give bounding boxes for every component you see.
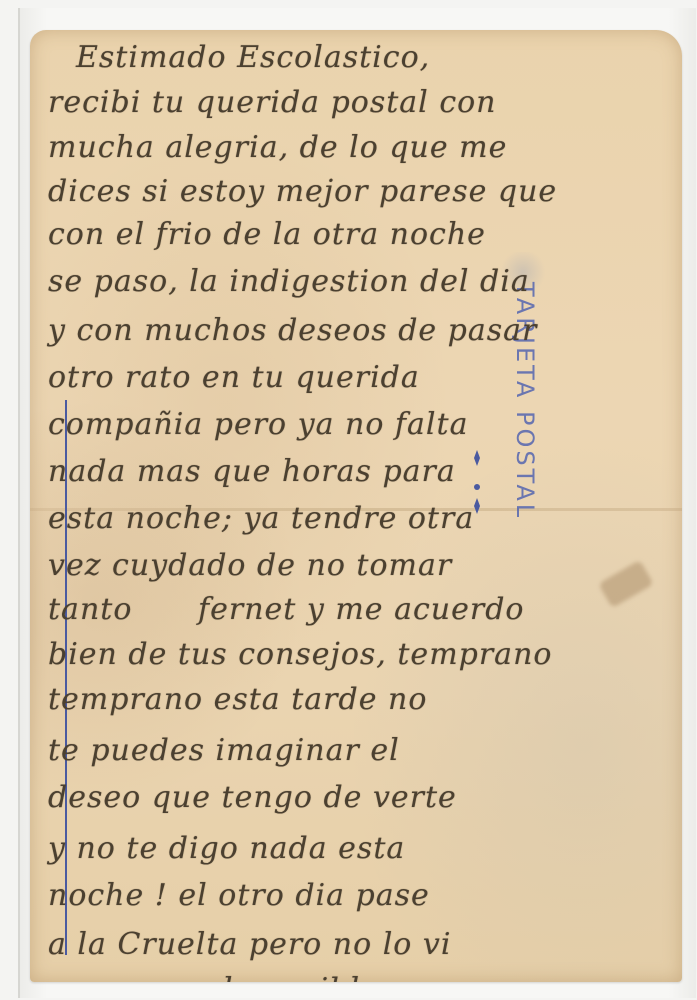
handwritten-line: con el frio de la otra noche xyxy=(48,217,486,252)
handwritten-line: bien de tus consejos, temprano xyxy=(48,637,552,672)
ink-stain xyxy=(598,560,654,608)
handwritten-line: nada mas que horas para xyxy=(48,454,456,489)
handwritten-line: voy a aser lo posible para xyxy=(48,972,463,982)
handwritten-line: fernet y me acuerdo xyxy=(198,592,524,627)
dot-ornament xyxy=(474,484,480,490)
handwritten-line: te puedes imaginar el xyxy=(48,733,400,768)
handwritten-line: compañia pero ya no falta xyxy=(48,407,468,442)
handwritten-line: esta noche; ya tendre otra xyxy=(48,501,474,536)
handwritten-line: Estimado Escolastico, xyxy=(76,40,430,75)
handwritten-line: temprano esta tarde no xyxy=(48,682,427,717)
handwritten-line: se paso, la indigestion del dia xyxy=(48,264,530,299)
handwritten-line: recibi tu querida postal con xyxy=(48,85,497,120)
handwritten-line: otro rato en tu querida xyxy=(48,360,420,395)
handwritten-line: noche ! el otro dia pase xyxy=(48,878,430,913)
handwritten-line: mucha alegria, de lo que me xyxy=(48,130,507,165)
diamond-ornament-top xyxy=(474,450,480,466)
diamond-ornament-bottom xyxy=(474,498,480,514)
postcard: TARJETA POSTAL Estimado Escolastico,reci… xyxy=(30,30,682,982)
handwritten-line: a la Cruelta pero no lo vi xyxy=(48,927,451,962)
handwritten-line: y no te digo nada esta xyxy=(48,831,405,866)
center-divider-ornament xyxy=(474,450,480,520)
handwritten-line: y con muchos deseos de pasar xyxy=(48,313,537,348)
handwritten-line: deseo que tengo de verte xyxy=(48,780,457,815)
handwritten-line: dices si estoy mejor parese que xyxy=(48,174,557,209)
handwritten-line: vez cuydado de no tomar xyxy=(48,548,452,583)
handwritten-line: tanto xyxy=(48,592,132,627)
